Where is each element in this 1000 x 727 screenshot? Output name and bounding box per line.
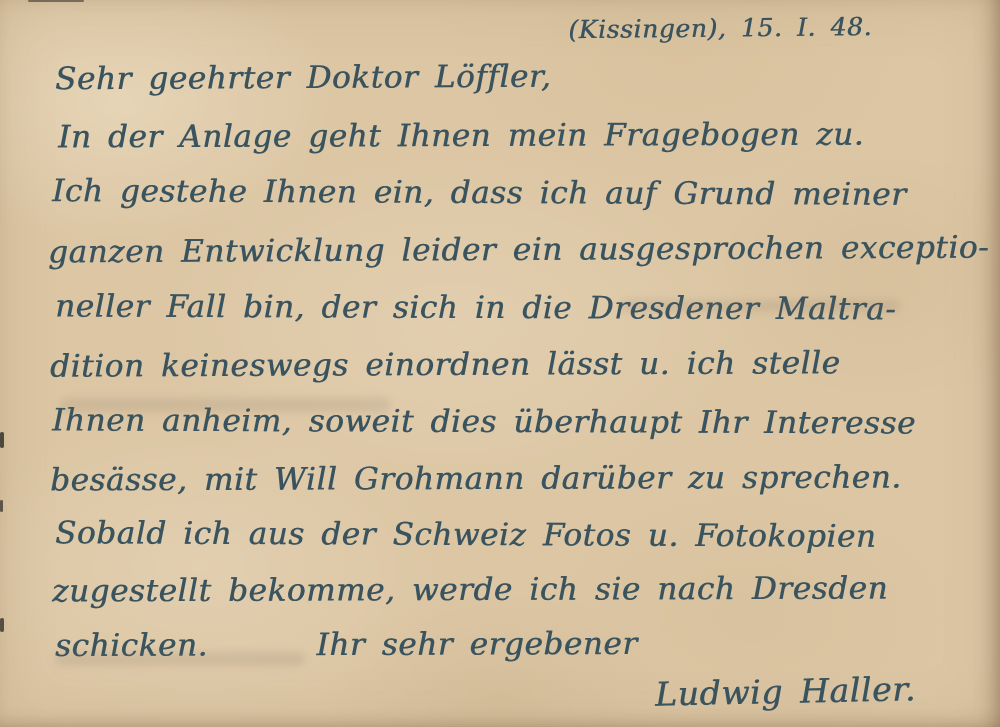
last-body-row: schicken. Ihr sehr ergebener: [55, 626, 638, 664]
signature: Ludwig Haller.: [655, 669, 917, 713]
handwritten-letter-scan: (Kissingen), 15. I. 48. Sehr geehrter Do…: [0, 0, 1000, 727]
dateline: (Kissingen), 15. I. 48.: [500, 12, 872, 45]
closing-formula: Ihr sehr ergebener: [316, 626, 637, 663]
body-line: In der Anlage geht Ihnen mein Fragebogen…: [58, 117, 864, 156]
salutation: Sehr geehrter Doktor Löffler,: [55, 59, 551, 98]
body-line: ganzen Entwicklung leider ein ausgesproc…: [48, 230, 989, 271]
body-line: Ihnen anheim, soweit dies überhaupt Ihr …: [52, 402, 916, 441]
body-line: besässe, mit Will Grohmann darüber zu sp…: [50, 460, 902, 499]
body-line: schicken.: [55, 627, 208, 664]
scan-edge-artifact: [0, 618, 4, 632]
scan-edge-artifact: [0, 432, 4, 448]
scan-edge-artifact: [0, 500, 3, 512]
body-line: Ich gestehe Ihnen ein, dass ich auf Grun…: [52, 173, 907, 213]
body-line: dition keineswegs einordnen lässt u. ich…: [50, 345, 841, 384]
body-line: neller Fall bin, der sich in die Dresden…: [55, 289, 896, 328]
body-line: zugestellt bekomme, werde ich sie nach D…: [52, 571, 888, 610]
scan-edge-artifact: [28, 0, 84, 2]
body-line: Sobald ich aus der Schweiz Fotos u. Foto…: [55, 515, 876, 555]
